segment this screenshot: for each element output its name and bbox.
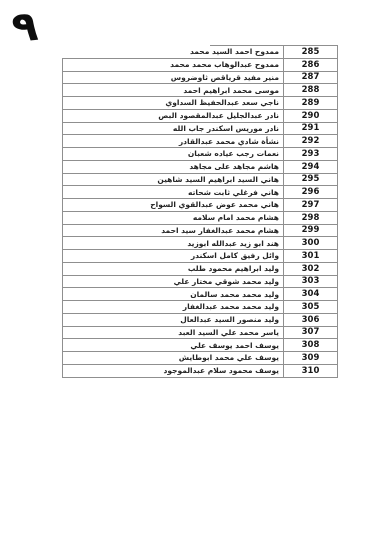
row-number: 286 <box>283 59 338 71</box>
row-name: هاني فرغلي ثابت شحاته <box>62 186 283 198</box>
table-row: وليد ابراهيم محمود طلب302 <box>62 263 338 276</box>
table-row: نادر عبدالجليل عبدالمقصود البص290 <box>62 110 338 123</box>
table-row: نعمات رجب عياده شعبان293 <box>62 148 338 161</box>
row-name: وائل رفيق كامل اسكندر <box>62 250 283 262</box>
table-row: هاني السيد ابراهيم السيد شاهين295 <box>62 174 338 187</box>
table-row: نادر موريس اسكندر جاب الله291 <box>62 123 338 136</box>
row-number: 302 <box>283 263 338 275</box>
table-row: وليد محمد محمد عبدالغفار305 <box>62 301 338 314</box>
row-name: هاني السيد ابراهيم السيد شاهين <box>62 174 283 186</box>
row-name: نادر عبدالجليل عبدالمقصود البص <box>62 110 283 122</box>
row-number: 285 <box>283 46 338 58</box>
row-name: هند ابو زيد عبدالله ابوزيد <box>62 237 283 249</box>
row-name: يوسف احمد يوسف علي <box>62 339 283 351</box>
row-number: 303 <box>283 276 338 288</box>
row-number: 292 <box>283 135 338 147</box>
table-row: وليد محمد محمد سالمان304 <box>62 288 338 301</box>
row-name: نشأة شادي محمد عبدالقادر <box>62 135 283 147</box>
row-name: وليد منصور السيد عبدالعال <box>62 314 283 326</box>
row-number: 307 <box>283 327 338 339</box>
table-row: وليد محمد شوقي مختار علي303 <box>62 276 338 289</box>
row-number: 309 <box>283 352 338 364</box>
table-row: ناجي سعد عبدالحفيظ السداوي289 <box>62 97 338 110</box>
table-row: ممدوح احمد السيد محمد285 <box>62 46 338 59</box>
scanned-page: ٩ ممدوح احمد السيد محمد285ممدوح عبدالوها… <box>0 0 392 555</box>
names-roster-table: ممدوح احمد السيد محمد285ممدوح عبدالوهاب … <box>62 45 338 378</box>
row-name: وليد محمد محمد عبدالغفار <box>62 301 283 313</box>
table-rows: ممدوح احمد السيد محمد285ممدوح عبدالوهاب … <box>62 45 338 378</box>
table-row: هاشم مجاهد على مجاهد294 <box>62 161 338 174</box>
row-name: وليد ابراهيم محمود طلب <box>62 263 283 275</box>
row-name: وليد محمد محمد سالمان <box>62 288 283 300</box>
table-row: نشأة شادي محمد عبدالقادر292 <box>62 135 338 148</box>
row-name: منير مفيد قرياقص ثاوضروس <box>62 72 283 84</box>
row-number: 287 <box>283 72 338 84</box>
row-number: 305 <box>283 301 338 313</box>
row-name: هاني محمد عوض عبدالقوي السواح <box>62 199 283 211</box>
row-number: 298 <box>283 212 338 224</box>
row-number: 294 <box>283 161 338 173</box>
row-name: وليد محمد شوقي مختار علي <box>62 276 283 288</box>
table-top-border <box>210 45 338 46</box>
row-name: يوسف علي محمد ابوطايش <box>62 352 283 364</box>
row-name: هشام محمد امام سلامه <box>62 212 283 224</box>
table-row: هشام محمد امام سلامه298 <box>62 212 338 225</box>
row-number: 310 <box>283 365 338 377</box>
row-name: نعمات رجب عياده شعبان <box>62 148 283 160</box>
row-name: ممدوح احمد السيد محمد <box>62 46 283 58</box>
table-row: ياسر محمد علي السيد العبد307 <box>62 327 338 340</box>
row-number: 306 <box>283 314 338 326</box>
table-row: منير مفيد قرياقص ثاوضروس287 <box>62 72 338 85</box>
row-number: 288 <box>283 84 338 96</box>
row-number: 293 <box>283 148 338 160</box>
table-row: موسى محمد ابراهيم احمد288 <box>62 84 338 97</box>
row-name: يوسف محمود سلام عبدالموجود <box>62 365 283 377</box>
row-number: 290 <box>283 110 338 122</box>
table-row: يوسف محمود سلام عبدالموجود310 <box>62 365 338 378</box>
row-number: 295 <box>283 174 338 186</box>
row-name: نادر موريس اسكندر جاب الله <box>62 123 283 135</box>
row-name: هاشم مجاهد على مجاهد <box>62 161 283 173</box>
row-name: ناجي سعد عبدالحفيظ السداوي <box>62 97 283 109</box>
table-row: هند ابو زيد عبدالله ابوزيد300 <box>62 237 338 250</box>
row-name: ياسر محمد علي السيد العبد <box>62 327 283 339</box>
row-name: ممدوح عبدالوهاب محمد محمد <box>62 59 283 71</box>
table-row: وائل رفيق كامل اسكندر301 <box>62 250 338 263</box>
row-name: هشام محمد عبدالغفار سيد احمد <box>62 225 283 237</box>
table-row: هاني فرغلي ثابت شحاته296 <box>62 186 338 199</box>
table-row: هاني محمد عوض عبدالقوي السواح297 <box>62 199 338 212</box>
row-number: 296 <box>283 186 338 198</box>
row-number: 300 <box>283 237 338 249</box>
row-number: 297 <box>283 199 338 211</box>
row-number: 291 <box>283 123 338 135</box>
row-number: 289 <box>283 97 338 109</box>
table-row: وليد منصور السيد عبدالعال306 <box>62 314 338 327</box>
table-row: ممدوح عبدالوهاب محمد محمد286 <box>62 59 338 72</box>
table-row: هشام محمد عبدالغفار سيد احمد299 <box>62 225 338 238</box>
row-number: 299 <box>283 225 338 237</box>
row-number: 308 <box>283 339 338 351</box>
row-number: 304 <box>283 288 338 300</box>
row-number: 301 <box>283 250 338 262</box>
handwritten-page-number: ٩ <box>10 5 40 49</box>
table-row: يوسف علي محمد ابوطايش309 <box>62 352 338 365</box>
row-name: موسى محمد ابراهيم احمد <box>62 84 283 96</box>
table-row: يوسف احمد يوسف علي308 <box>62 339 338 352</box>
